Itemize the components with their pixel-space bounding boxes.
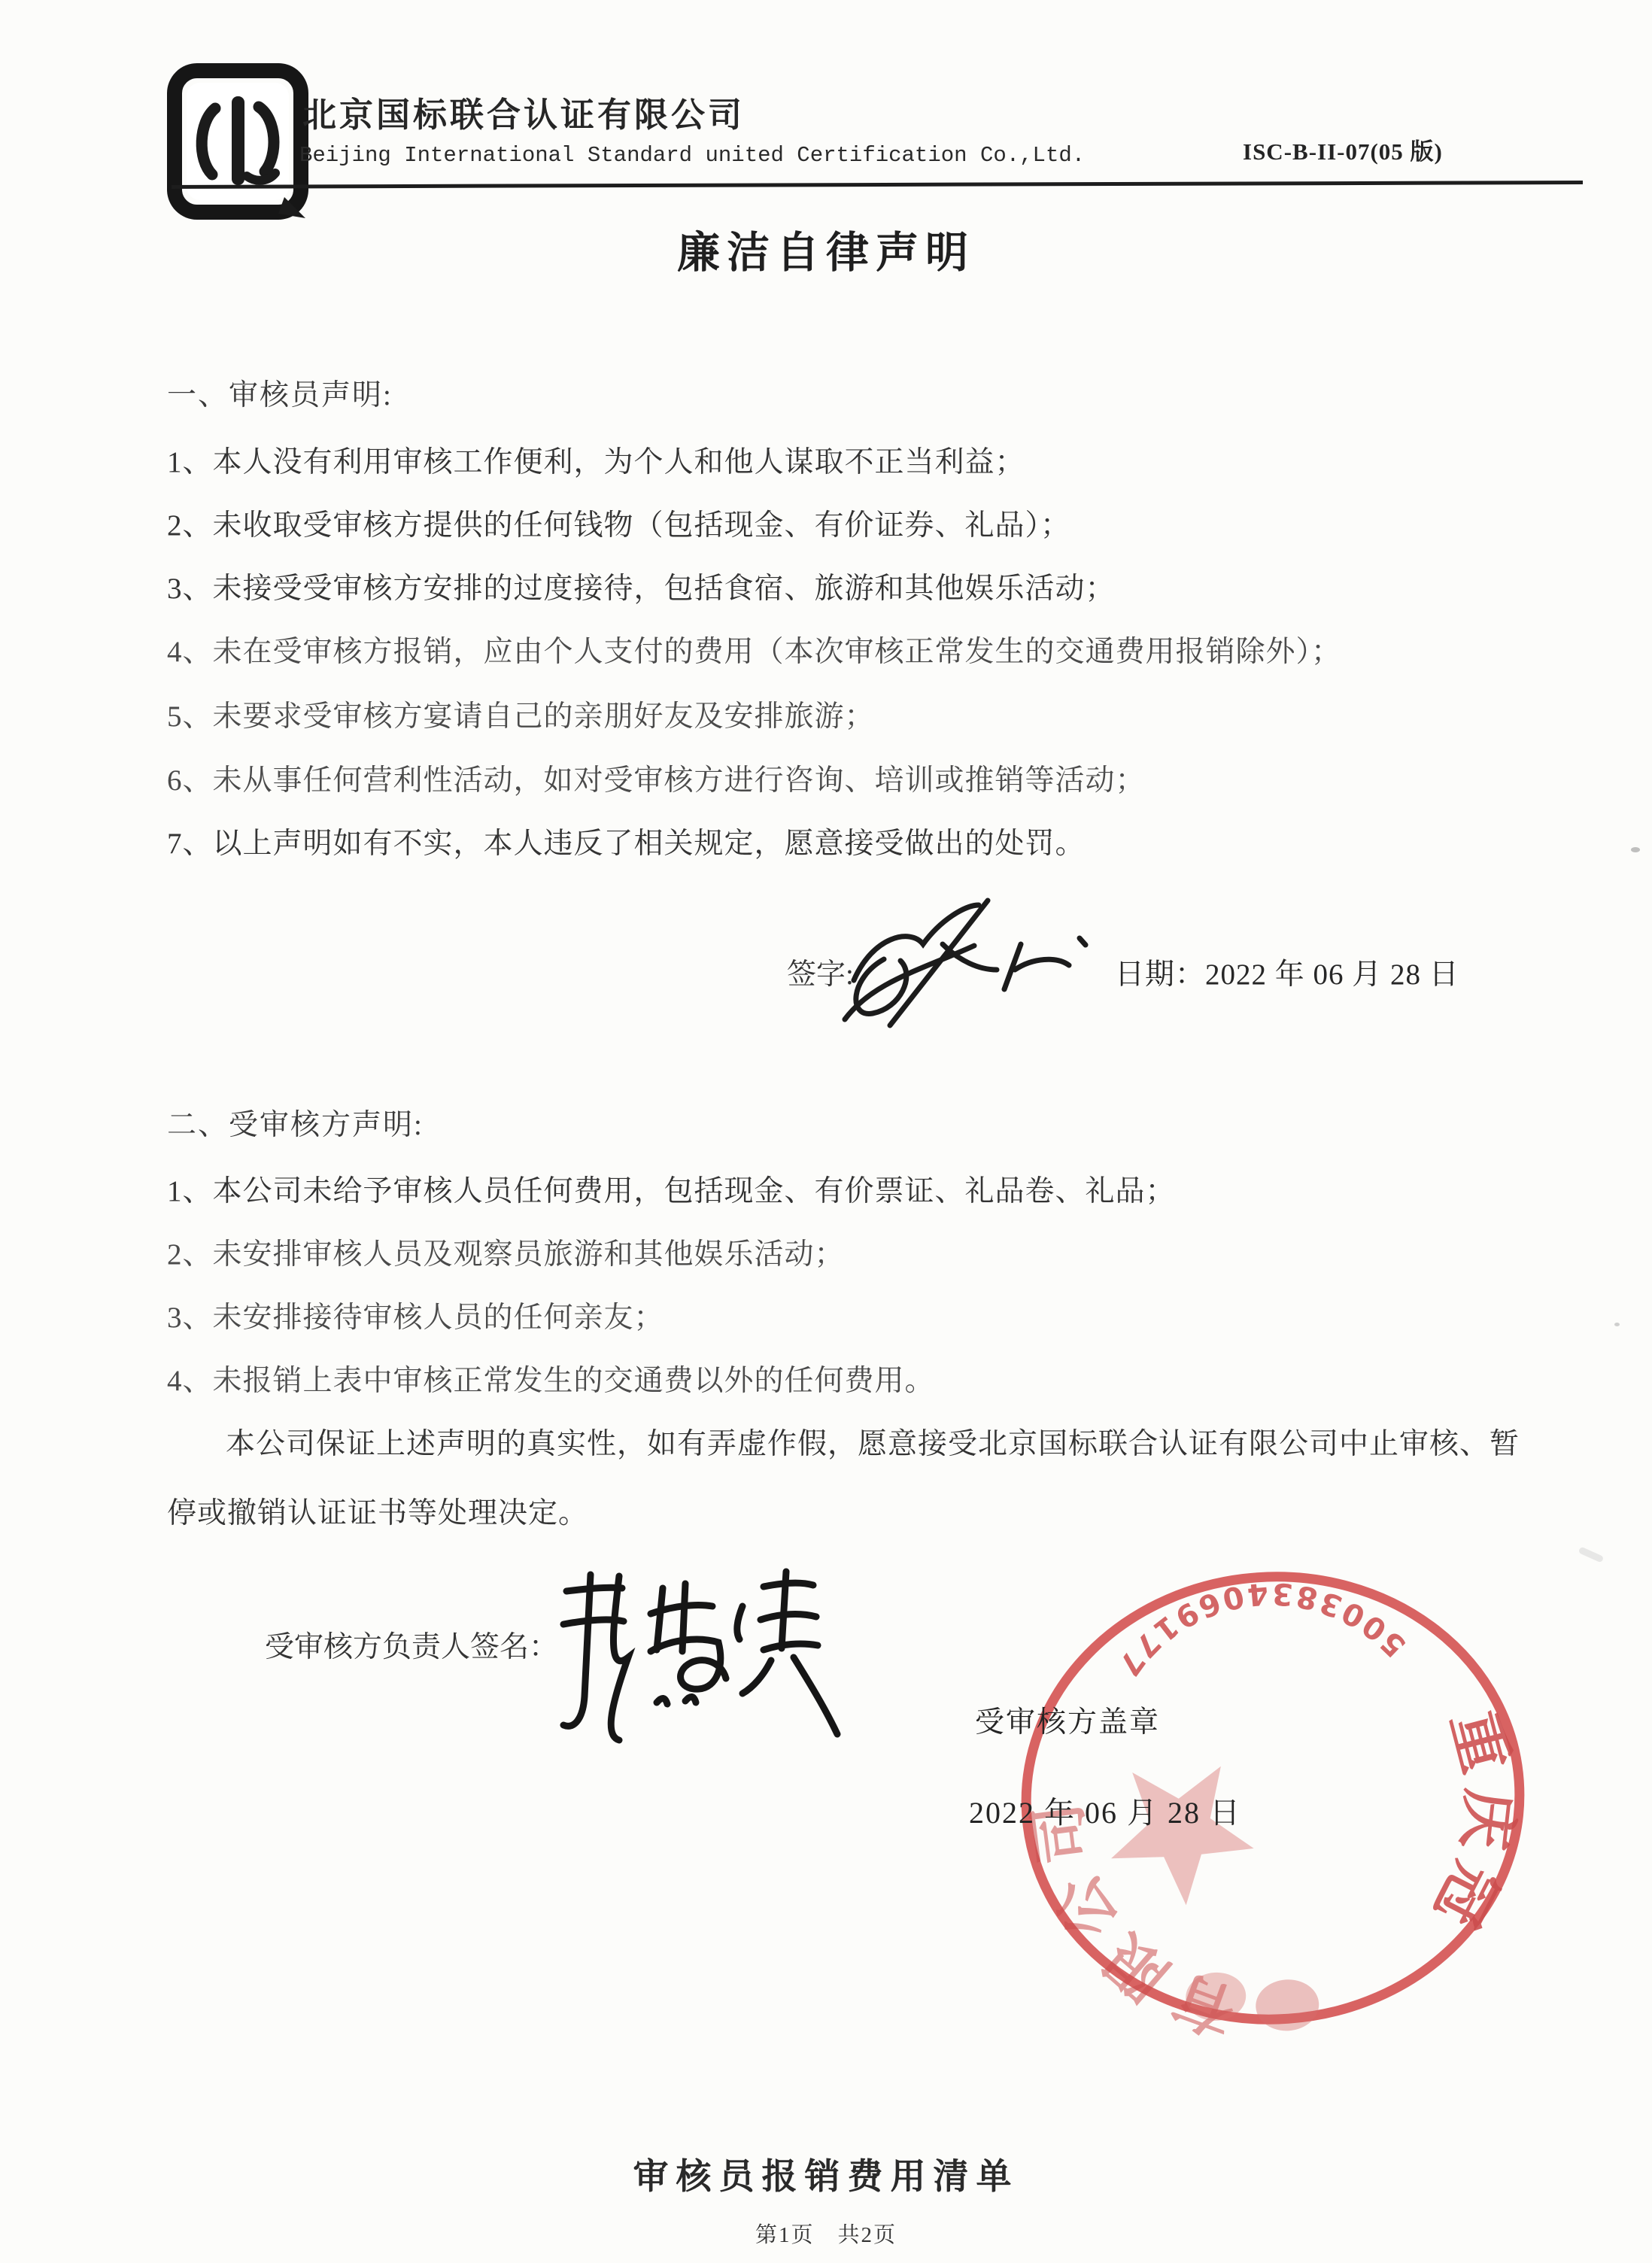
scan-speck bbox=[1614, 1323, 1620, 1326]
scan-speck bbox=[1578, 1546, 1605, 1563]
document-title: 廉洁自律声明 bbox=[0, 218, 1652, 280]
page-number: 第1页 共2页 bbox=[0, 2218, 1652, 2249]
company-logo-icon bbox=[166, 63, 316, 225]
auditor-item-2: 2、未收取受审核方提供的任何钱物（包括现金、有价证券、礼品）； bbox=[167, 502, 1070, 544]
auditee-sign-label: 受审核方负责人签名： bbox=[265, 1624, 558, 1666]
auditor-item-5: 5、未要求受审核方宴请自己的亲朋好友及安排旅游； bbox=[167, 693, 875, 735]
next-section-title: 审核员报销费用清单 bbox=[0, 2149, 1652, 2199]
auditee-item-3: 3、未安排接待审核人员的任何亲友； bbox=[167, 1294, 664, 1336]
auditee-item-1: 1、本公司未给予审核人员任何费用，包括现金、有价票证、礼品卷、礼品； bbox=[167, 1168, 1176, 1210]
auditor-item-3: 3、未接受受审核方安排的过度接待，包括食宿、旅游和其他娱乐活动； bbox=[167, 565, 1116, 607]
auditee-handwritten-signature bbox=[538, 1561, 846, 1772]
auditor-item-4: 4、未在受审核方报销，应由个人支付的费用（本次审核正常发生的交通费用报销除外）； bbox=[167, 628, 1341, 670]
svg-text:5003834069177: 5003834069177 bbox=[1102, 1566, 1415, 1688]
stamp-date: 2022 年 06 月 28 日 bbox=[969, 1789, 1241, 1832]
auditor-section-heading: 一、审核员声明: bbox=[167, 372, 393, 414]
auditee-item-4: 4、未报销上表中审核正常发生的交通费以外的任何费用。 bbox=[167, 1357, 935, 1399]
pledge-line-1: 本公司保证上述声明的真实性，如有弄虚作假，愿意接受北京国标联合认证有限公司中止审… bbox=[226, 1420, 1520, 1463]
company-name-en: Beijing International Standard united Ce… bbox=[299, 143, 1085, 168]
auditor-item-6: 6、未从事任何营利性活动，如对受审核方进行咨询、培训或推销等活动； bbox=[167, 757, 1146, 799]
auditor-date-text: 日期：2022 年 06 月 28 日 bbox=[1115, 951, 1459, 993]
auditor-handwritten-signature bbox=[831, 892, 1102, 1042]
auditor-item-1: 1、本人没有利用审核工作便利，为个人和他人谋取不正当利益； bbox=[167, 439, 1025, 481]
company-name-cn: 北京国标联合认证有限公司 bbox=[302, 87, 745, 136]
seal-registration-number: 5003834069177 bbox=[1102, 1566, 1415, 1688]
auditee-section-heading: 二、受审核方声明: bbox=[167, 1101, 424, 1144]
document-code: ISC-B-II-07(05 版) bbox=[1243, 132, 1443, 166]
header-divider bbox=[172, 181, 1583, 189]
seal-star-icon bbox=[1105, 1764, 1257, 1910]
stamp-caption: 受审核方盖章 bbox=[975, 1699, 1160, 1741]
pledge-line-2: 停或撤销认证证书等处理决定。 bbox=[167, 1490, 588, 1532]
auditor-item-7: 7、以上声明如有不实，本人违反了相关规定，愿意接受做出的处罚。 bbox=[167, 820, 1086, 862]
auditee-item-2: 2、未安排审核人员及观察员旅游和其他娱乐活动； bbox=[167, 1231, 845, 1273]
scan-speck bbox=[1631, 847, 1640, 852]
scanned-document-page: 北京国标联合认证有限公司 Beijing International Stand… bbox=[0, 0, 1652, 2263]
